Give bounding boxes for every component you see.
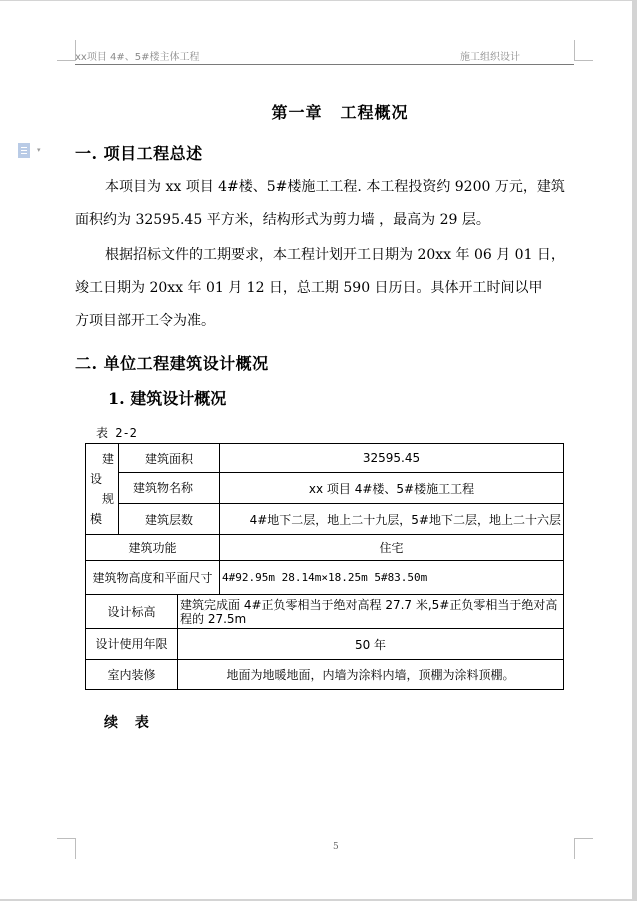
paragraph-overview: 本项目为 xx 项目 4#楼、5#楼施工工程. 本工程投资约 9200 万元，建… [75, 171, 575, 237]
margin-corner-top-left [57, 40, 76, 61]
row-value: 地面为地暖地面，内墙为涂料内墙，顶棚为涂料顶棚。 [178, 660, 564, 690]
table-row: 建筑层数 4#地下二层，地上二十九层，5#地下二层，地上二十六层 [86, 504, 564, 535]
row-value: 住宅 [220, 535, 564, 561]
table-row: 设计使用年限 50 年 [86, 629, 564, 660]
table-row: 建筑物名称 xx 项目 4#楼、5#楼施工工程 [86, 473, 564, 504]
chapter-title: 第一章工程概况 [0, 100, 637, 123]
row-value: 4#92.95m 28.14m×18.25m 5#83.50m [220, 561, 564, 595]
document-icon[interactable] [18, 143, 30, 158]
paragraph-line: 本项目为 xx 项目 4#楼、5#楼施工工程. 本工程投资约 9200 万元，建… [75, 171, 575, 204]
continued-table-label: 续 表 [104, 712, 155, 732]
margin-corner-bottom-right [574, 838, 593, 859]
group-char: 模 [90, 509, 114, 529]
row-label: 室内装修 [86, 660, 178, 690]
page-top-edge [0, 0, 637, 1]
table-row: 建筑功能 住宅 [86, 535, 564, 561]
chapter-name: 工程概况 [341, 103, 409, 122]
table-row: 建 设 规 模 建筑面积 32595.45 [86, 444, 564, 473]
table-row: 建筑物高度和平面尺寸 4#92.95m 28.14m×18.25m 5#83.5… [86, 561, 564, 595]
margin-corner-top-right [574, 40, 593, 61]
paragraph-schedule: 根据招标文件的工期要求，本工程计划开工日期为 20xx 年 06 月 01 日，… [75, 239, 575, 338]
paragraph-line: 根据招标文件的工期要求，本工程计划开工日期为 20xx 年 06 月 01 日， [75, 239, 575, 272]
section-heading-1: 一. 项目工程总述 [75, 141, 203, 164]
group-label-cell: 建 设 规 模 [86, 444, 119, 535]
group-char: 设 [90, 469, 114, 489]
chapter-number: 第一章 [271, 103, 322, 122]
header-rule [75, 64, 574, 65]
group-char: 建 [90, 449, 114, 469]
row-label: 建筑物高度和平面尺寸 [86, 561, 220, 595]
section-heading-2: 二. 单位工程建筑设计概况 [75, 351, 269, 374]
sub-heading: 1. 建筑设计概况 [108, 386, 226, 409]
paragraph-line: 竣工日期为 20xx 年 01 月 12 日，总工期 590 日历日。具体开工时… [75, 272, 575, 305]
group-char: 规 [90, 489, 114, 509]
table-row: 室内装修 地面为地暖地面，内墙为涂料内墙，顶棚为涂料顶棚。 [86, 660, 564, 690]
row-label: 设计使用年限 [86, 629, 178, 660]
row-value: xx 项目 4#楼、5#楼施工工程 [220, 473, 564, 504]
row-value: 4#地下二层，地上二十九层，5#地下二层，地上二十六层 [220, 504, 564, 535]
row-label: 建筑层数 [119, 504, 220, 535]
row-value: 50 年 [178, 629, 564, 660]
building-design-table: 建 设 规 模 建筑面积 32595.45 建筑物名称 xx 项目 4#楼、5#… [85, 443, 564, 690]
page-header-right: 施工组织设计 [460, 48, 520, 63]
scrollbar-track[interactable] [632, 0, 637, 901]
row-label: 设计标高 [86, 595, 178, 629]
chevron-down-icon[interactable]: ▾ [37, 146, 41, 154]
row-label: 建筑面积 [119, 444, 220, 473]
table-caption: 表 2-2 [96, 424, 137, 441]
paragraph-line: 面积约为 32595.45 平方米，结构形式为剪力墙 ，最高为 29 层。 [75, 204, 575, 237]
row-value: 建筑完成面 4#正负零相当于绝对高程 27.7 米,5#正负零相当于绝对高程的 … [178, 595, 564, 629]
row-label: 建筑物名称 [119, 473, 220, 504]
margin-corner-bottom-left [57, 838, 76, 859]
table-row: 设计标高 建筑完成面 4#正负零相当于绝对高程 27.7 米,5#正负零相当于绝… [86, 595, 564, 629]
page-header-left: xx项目 4#、5#楼主体工程 [75, 48, 200, 63]
row-label: 建筑功能 [86, 535, 220, 561]
paragraph-line: 方项目部开工令为准。 [75, 305, 575, 338]
page-number: 5 [333, 842, 339, 852]
row-value: 32595.45 [220, 444, 564, 473]
